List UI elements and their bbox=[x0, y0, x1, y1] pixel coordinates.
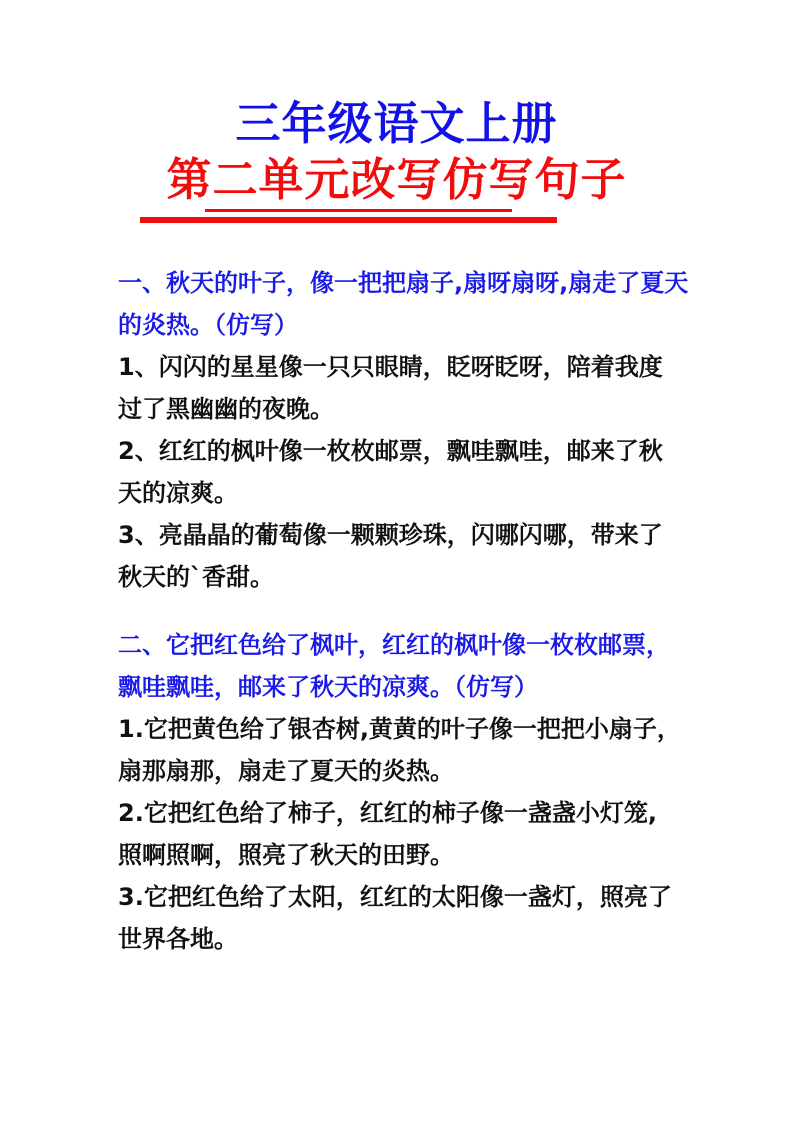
doc-title-line1: 三年级语文上册 bbox=[0, 96, 793, 152]
doc-title-line2: 第二单元改写仿写句子 bbox=[0, 152, 793, 208]
section-2: 二、它把红色给了枫叶，红红的枫叶像一枚枚邮票， 飘哇飘哇，邮来了秋天的凉爽。（仿… bbox=[118, 624, 690, 960]
section-2-item-1: 1.它把黄色给了银杏树,黄黄的叶子像一把把小扇子， 扇那扇那，扇走了夏天的炎热。 bbox=[118, 708, 690, 792]
section-1-item-1: 1、闪闪的星星像一只只眼睛，眨呀眨呀，陪着我度 过了黑幽幽的夜晚。 bbox=[118, 346, 690, 430]
section-1-item-2: 2、红红的枫叶像一枚枚邮票，飘哇飘哇，邮来了秋 天的凉爽。 bbox=[118, 430, 690, 514]
section-2-item-3: 3.它把红色给了太阳，红红的太阳像一盏灯，照亮了 世界各地。 bbox=[118, 876, 690, 960]
title-block: 三年级语文上册 第二单元改写仿写句子 bbox=[0, 0, 793, 208]
title-underline-thick bbox=[140, 217, 557, 223]
worksheet-page: 三年级语文上册 第二单元改写仿写句子 一、秋天的叶子，像一把把扇子,扇呀扇呀,扇… bbox=[0, 0, 793, 1122]
section-2-item-2: 2.它把红色给了柿子，红红的柿子像一盏盏小灯笼, 照啊照啊，照亮了秋天的田野。 bbox=[118, 792, 690, 876]
worksheet-content: 一、秋天的叶子，像一把把扇子,扇呀扇呀,扇走了夏天 的炎热。（仿写） 1、闪闪的… bbox=[118, 262, 690, 960]
title-underline-thin bbox=[205, 209, 512, 212]
section-1: 一、秋天的叶子，像一把把扇子,扇呀扇呀,扇走了夏天 的炎热。（仿写） 1、闪闪的… bbox=[118, 262, 690, 598]
section-1-item-3: 3、亮晶晶的葡萄像一颗颗珍珠，闪哪闪哪，带来了 秋天的`香甜。 bbox=[118, 514, 690, 598]
section-1-heading: 一、秋天的叶子，像一把把扇子,扇呀扇呀,扇走了夏天 的炎热。（仿写） bbox=[118, 262, 690, 346]
section-2-heading: 二、它把红色给了枫叶，红红的枫叶像一枚枚邮票， 飘哇飘哇，邮来了秋天的凉爽。（仿… bbox=[118, 624, 690, 708]
